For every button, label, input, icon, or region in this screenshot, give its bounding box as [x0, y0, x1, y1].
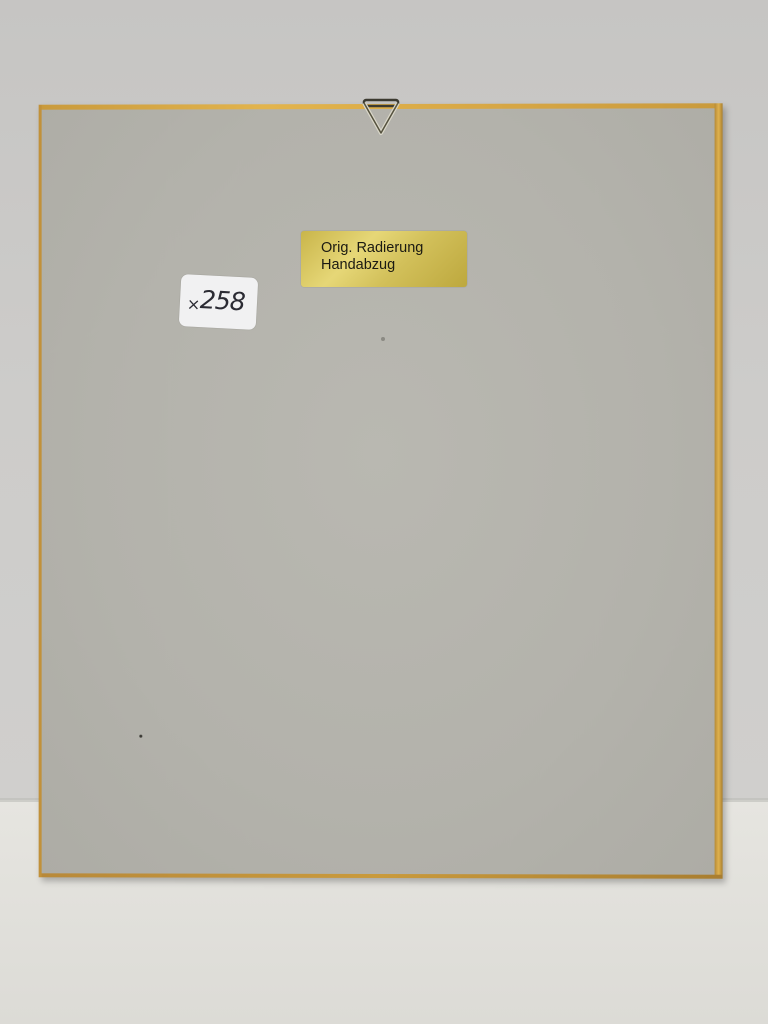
speck	[139, 735, 142, 738]
price-number: 258	[199, 285, 245, 316]
triangle-hanger-icon	[358, 97, 404, 137]
label-line-2: Handabzug	[321, 257, 467, 274]
price-tag: × 258	[179, 274, 259, 330]
speck	[381, 337, 385, 341]
picture-frame-back	[39, 103, 723, 878]
frame-edge-right	[715, 103, 723, 878]
label-line-1: Orig. Radierung	[321, 240, 467, 257]
backing-board	[42, 108, 715, 874]
gold-sticker-label: Orig. Radierung Handabzug	[301, 231, 467, 287]
